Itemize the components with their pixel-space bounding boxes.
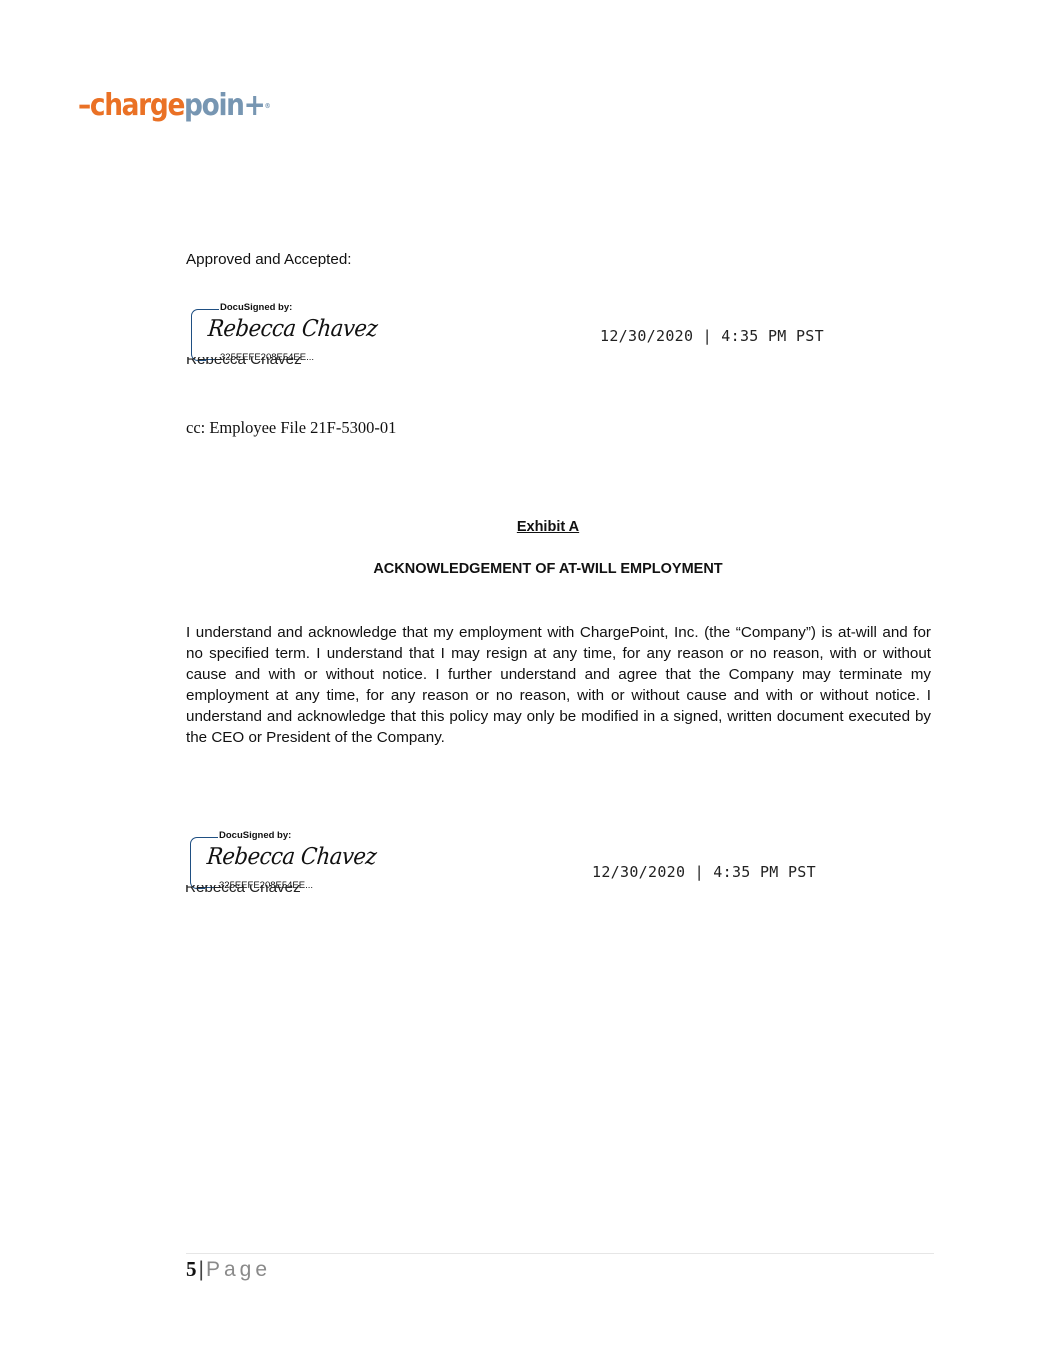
signature-bracket	[191, 309, 206, 361]
page-label: Page	[206, 1258, 271, 1281]
signature-timestamp-acknowledgement: 12/30/2020 | 4:35 PM PST	[592, 863, 816, 881]
footer-separator: |	[199, 1258, 204, 1281]
at-will-acknowledgement-paragraph: I understand and acknowledge that my emp…	[186, 622, 931, 748]
signature-top-line	[198, 837, 218, 838]
signature-top-line	[199, 309, 219, 310]
handwritten-signature: Rebecca Chavez	[206, 844, 378, 870]
signer-printed-name: Rebecca Chavez	[185, 885, 301, 897]
docusigned-by-label: DocuSigned by:	[219, 830, 291, 841]
signer-printed-name: Rebecca Chavez	[186, 357, 302, 369]
footer-divider	[186, 1253, 934, 1254]
docusign-signature-acknowledgement: DocuSigned by: Rebecca Chavez 325EEFE208…	[185, 828, 355, 898]
handwritten-signature: Rebecca Chavez	[207, 316, 379, 342]
logo-point-text: poin	[184, 88, 244, 123]
page-number: 5	[186, 1257, 197, 1281]
logo-dash: –	[78, 88, 90, 123]
page-footer: 5|Page	[186, 1255, 271, 1284]
cc-line: cc: Employee File 21F-5300-01	[186, 418, 396, 438]
signature-bracket	[190, 837, 205, 889]
approved-accepted-label: Approved and Accepted:	[186, 251, 352, 268]
signer-name-text: Rebecca Chavez	[185, 885, 301, 897]
registered-mark: ®	[264, 102, 270, 110]
exhibit-title: Exhibit A	[0, 519, 1055, 535]
docusign-signature-approval: DocuSigned by: Rebecca Chavez 325EEFE208…	[186, 300, 356, 370]
logo-plus-icon: +	[244, 88, 265, 123]
logo-charge-text: charge	[90, 88, 184, 123]
exhibit-subtitle: ACKNOWLEDGEMENT OF AT-WILL EMPLOYMENT	[0, 561, 1055, 577]
chargepoint-logo: –chargepoin+®	[78, 86, 271, 126]
signature-timestamp-approval: 12/30/2020 | 4:35 PM PST	[600, 327, 824, 345]
docusigned-by-label: DocuSigned by:	[220, 302, 292, 313]
signer-name-text: Rebecca Chavez	[186, 357, 302, 369]
